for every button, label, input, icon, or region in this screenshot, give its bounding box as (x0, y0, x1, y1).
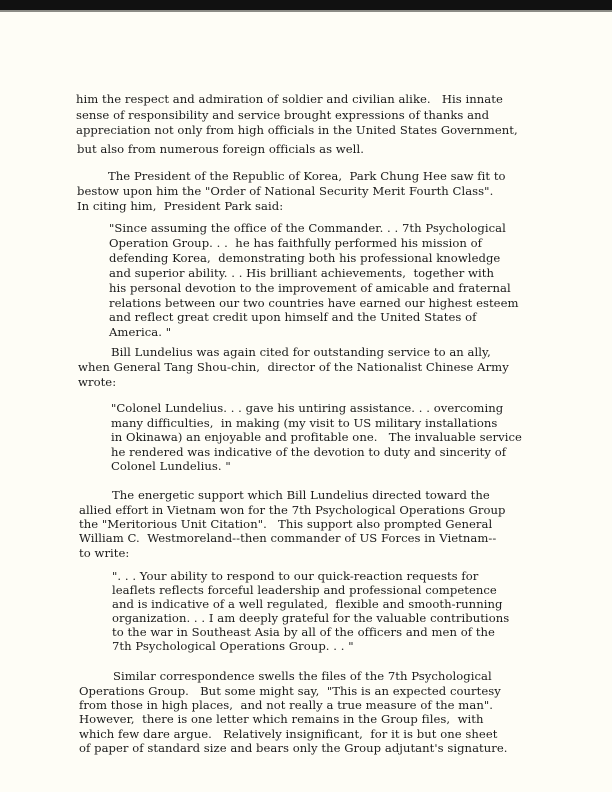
text-line: allied effort in Vietnam won for the 7th… (79, 503, 506, 518)
text-line: the "Meritorious Unit Citation". This su… (79, 517, 492, 532)
text-line: Operations Group. But some might say, "T… (79, 684, 501, 699)
text-line: his personal devotion to the improvement… (109, 281, 511, 296)
text-line: in Okinawa) an enjoyable and profitable … (111, 430, 522, 445)
document-page: him the respect and admiration of soldie… (0, 0, 612, 792)
text-line: bestow upon him the "Order of National S… (77, 184, 493, 199)
text-line: to write: (79, 546, 129, 561)
text-line: to the war in Southeast Asia by all of t… (112, 625, 495, 640)
text-line: However, there is one letter which remai… (79, 712, 484, 727)
text-line: Bill Lundelius was again cited for outst… (111, 345, 491, 360)
text-line: In citing him, President Park said: (77, 199, 283, 214)
text-line: sense of responsibility and service brou… (76, 108, 489, 123)
text-line: when General Tang Shou-chin, director of… (78, 360, 509, 375)
text-line: "Colonel Lundelius. . . gave his untirin… (111, 401, 503, 416)
text-line: and superior ability. . . His brilliant … (109, 266, 494, 281)
text-line: and reflect great credit upon himself an… (109, 310, 477, 325)
text-line: but also from numerous foreign officials… (77, 142, 364, 157)
text-line: William C. Westmoreland--then commander … (79, 531, 496, 546)
text-line: many difficulties, in making (my visit t… (111, 416, 497, 431)
text-line: The energetic support which Bill Lundeli… (112, 488, 490, 503)
text-line: from those in high places, and not reall… (79, 698, 493, 713)
text-line: "Since assuming the office of the Comman… (109, 221, 506, 236)
text-line: America. " (109, 325, 171, 340)
text-line: 7th Psychological Operations Group. . . … (112, 639, 354, 654)
text-line: which few dare argue. Relatively insigni… (79, 727, 497, 742)
text-line: Operation Group. . . he has faithfully p… (109, 236, 482, 251)
text-line: him the respect and admiration of soldie… (76, 92, 503, 107)
text-line: defending Korea, demonstrating both his … (109, 251, 500, 266)
text-line: relations between our two countries have… (109, 296, 519, 311)
text-line: The President of the Republic of Korea, … (108, 169, 506, 184)
text-line: and is indicative of a well regulated, f… (112, 597, 502, 612)
text-line: leaflets reflects forceful leadership an… (112, 583, 497, 598)
text-line: organization. . . I am deeply grateful f… (112, 611, 509, 626)
text-line: ". . . Your ability to respond to our qu… (112, 569, 478, 584)
text-line: he rendered was indicative of the devoti… (111, 445, 506, 460)
text-line: appreciation not only from high official… (76, 123, 518, 138)
text-line: wrote: (78, 375, 116, 390)
text-line: Similar correspondence swells the files … (113, 669, 492, 684)
text-line: of paper of standard size and bears only… (79, 741, 508, 756)
text-line: Colonel Lundelius. " (111, 459, 231, 474)
